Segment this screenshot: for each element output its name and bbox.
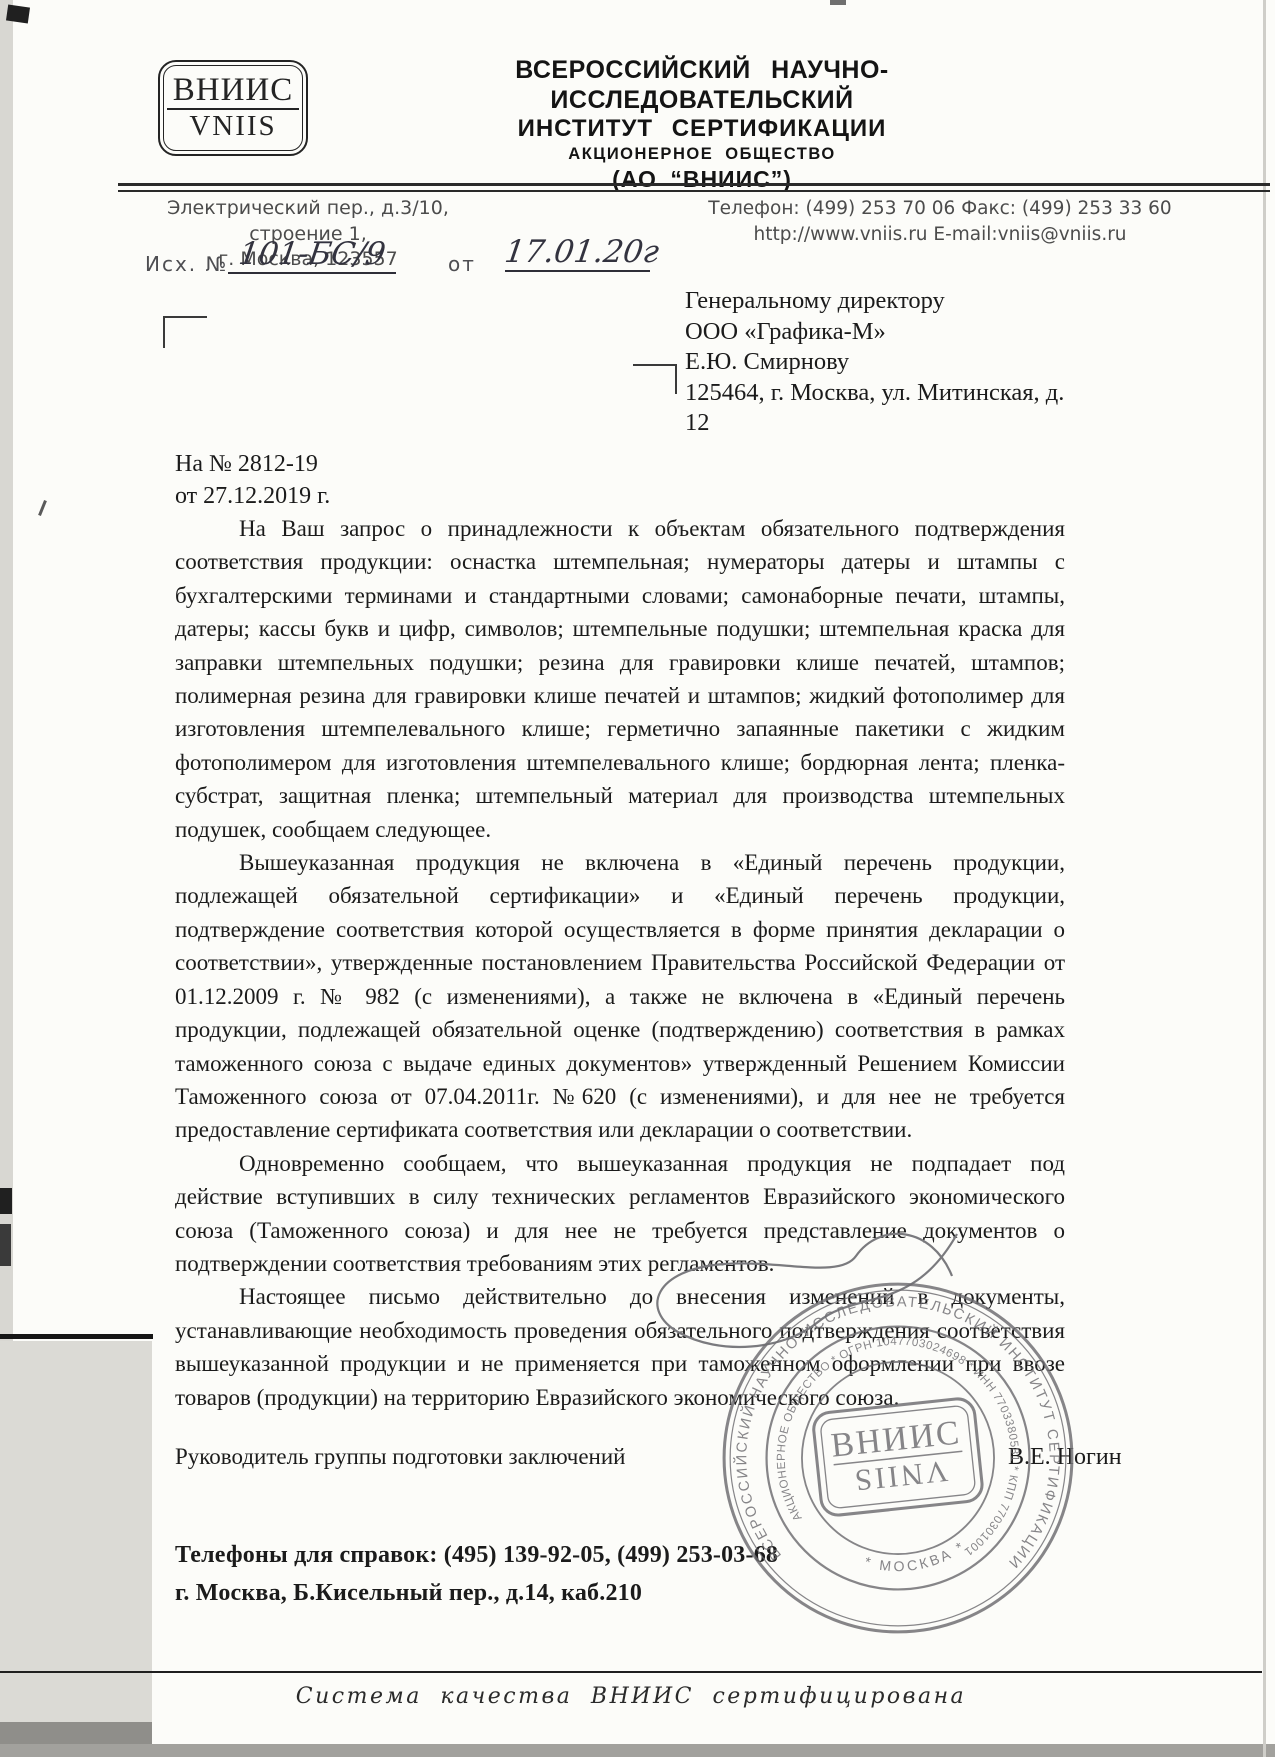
scan-artifact <box>0 1188 12 1214</box>
reference-phones-line1: Телефоны для справок: (495) 139-92-05, (… <box>175 1536 778 1574</box>
scan-artifact <box>6 5 30 24</box>
vniis-logo: ВНИИС VNIIS <box>158 60 308 156</box>
round-stamp: ВСЕРОССИЙСКИЙ НАУЧНО-ИССЛЕДОВАТЕЛЬСКИЙ И… <box>716 1276 1080 1640</box>
institute-title-line1: ВСЕРОССИЙСКИЙ НАУЧНО-ИССЛЕДОВАТЕЛЬСКИЙ <box>372 55 1032 115</box>
outgoing-ref-date-underline: 17.01.20г <box>505 234 650 272</box>
outgoing-ref-from-label: от <box>448 252 476 276</box>
scan-pen-tick <box>38 500 47 516</box>
outgoing-ref-label: Исх. № <box>145 252 228 276</box>
scan-artifact <box>830 0 846 5</box>
reference-phones-line2: г. Москва, Б.Кисельный пер., д.14, каб.2… <box>175 1574 778 1612</box>
incoming-ref-date: от 27.12.2019 г. <box>175 480 330 512</box>
scan-artifact <box>0 1334 153 1339</box>
body-paragraph: Вышеуказанная продукция не включена в «Е… <box>175 846 1065 1147</box>
recipient-line: 125464, г. Москва, ул. Митинская, д. <box>685 378 1115 409</box>
institute-title-block: ВСЕРОССИЙСКИЙ НАУЧНО-ИССЛЕДОВАТЕЛЬСКИЙ И… <box>372 55 1032 193</box>
sender-phone-line: Телефон: (499) 253 70 06 Факс: (499) 253… <box>700 196 1180 222</box>
signer-position-title: Руководитель группы подготовки заключени… <box>175 1444 625 1470</box>
body-paragraph: На Ваш запрос о принадлежности к объекта… <box>175 512 1065 846</box>
recipient-line: Е.Ю. Смирнову <box>685 347 1115 378</box>
logo-text-ru: ВНИИС <box>167 73 300 111</box>
recipient-line: 12 <box>685 408 1115 439</box>
footer-quality-text: Система качества ВНИИС сертифицирована <box>0 1684 1262 1709</box>
recipient-line: ООО «Графика-М» <box>685 317 1115 348</box>
recipient-block: Генеральному директору ООО «Графика-М» Е… <box>685 286 1115 439</box>
address-corner-mark-right <box>633 364 677 394</box>
address-corner-mark-left <box>163 316 207 348</box>
outgoing-ref-number-underline: 101-БС/9 <box>228 236 396 274</box>
sender-contacts: Телефон: (499) 253 70 06 Факс: (499) 253… <box>700 196 1180 248</box>
outgoing-ref-date-handwritten: 17.01.20г <box>502 234 661 270</box>
stamp-bottom-text: * МОСКВА * <box>860 1536 971 1582</box>
scanned-letter-page: ВНИИС VNIIS ВСЕРОССИЙСКИЙ НАУЧНО-ИССЛЕДО… <box>0 0 1275 1757</box>
scan-artifact <box>0 1224 11 1266</box>
incoming-ref-number: На № 2812-19 <box>175 448 330 480</box>
scan-edge-bottom <box>0 1744 1275 1757</box>
logo-text-en: VNIIS <box>189 110 276 143</box>
outgoing-ref-number-handwritten: 101-БС/9 <box>236 236 387 272</box>
letterhead-double-rule <box>118 183 1270 192</box>
vniis-logo-frame: ВНИИС VNIIS <box>163 65 303 151</box>
institute-title-line3: АКЦИОНЕРНОЕ ОБЩЕСТВО <box>372 145 1032 164</box>
recipient-line: Генеральному директору <box>685 286 1115 317</box>
sender-web-line: http://www.vniis.ru E-mail:vniis@vniis.r… <box>700 222 1180 248</box>
reference-phones-block: Телефоны для справок: (495) 139-92-05, (… <box>175 1536 778 1612</box>
institute-title-line2: ИНСТИТУТ СЕРТИФИКАЦИИ <box>372 115 1032 143</box>
scan-edge-right <box>1263 0 1266 1757</box>
incoming-ref-block: На № 2812-19 от 27.12.2019 г. <box>175 448 330 512</box>
footer-rule <box>0 1671 1262 1673</box>
